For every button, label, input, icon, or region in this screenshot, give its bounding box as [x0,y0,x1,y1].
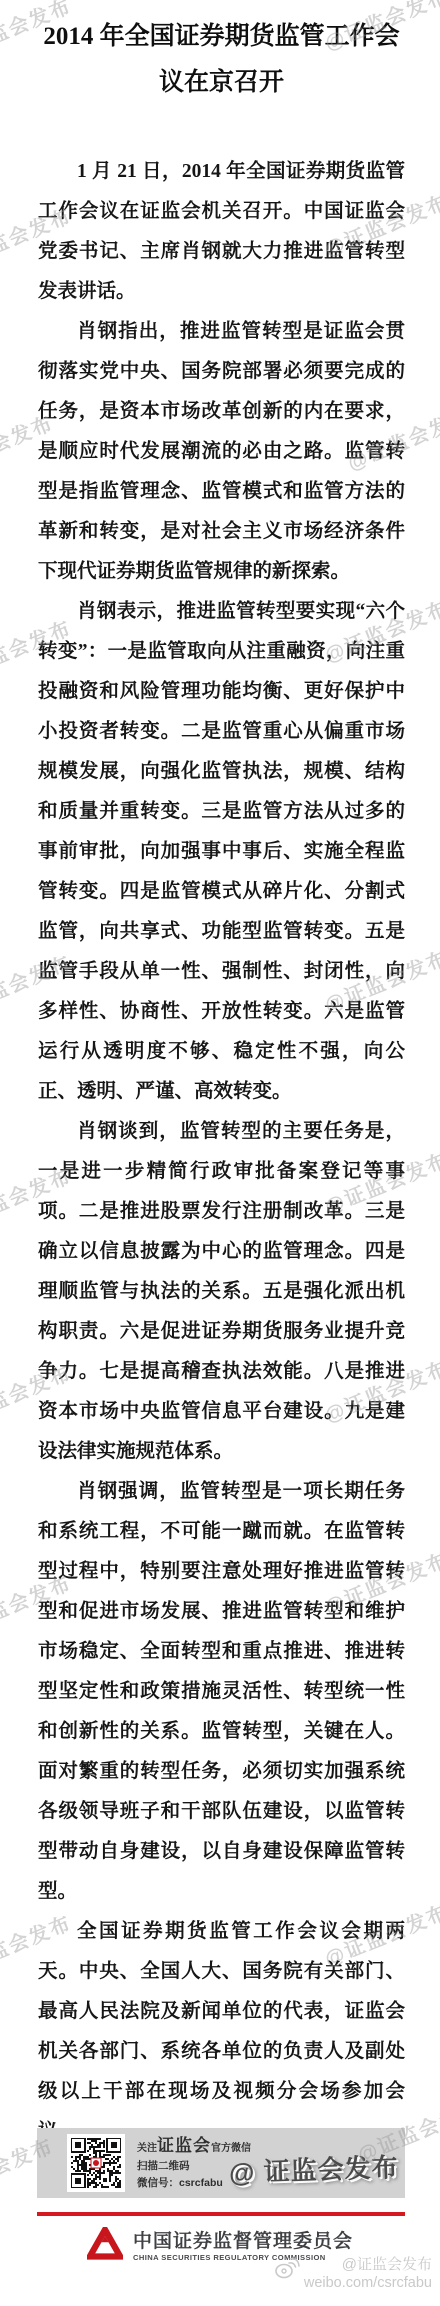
weibo-icon [274,2257,300,2284]
paragraph: 1 月 21 日，2014 年全国证券期货监管工作会议在证监会机关召开。中国证监… [38,152,405,312]
weibo-handle-large: @ 证监会发布 [229,2147,400,2190]
paragraph: 肖钢指出，推进监管转型是证监会贯彻落实党中央、国务院部署必须要完成的任务，是资本… [38,312,405,592]
paragraph: 肖钢表示，推进监管转型要实现“六个转变”：一是监管取向从注重融资，向注重投融资和… [38,592,405,1112]
weibo-credit-handle: @证监会发布 [304,2255,432,2274]
weibo-long-article-image: @证监会发布@证监会发布@证监会发布@证监会发布@证监会发布@证监会发布@证监会… [0,0,440,2306]
article: 2014 年全国证券期货监管工作会议在京召开 1 月 21 日，2014 年全国… [0,0,440,2152]
paragraph: 全国证券期货监管工作会议会期两天。中央、全国人大、国务院有关部门、最高人民法院及… [38,1912,405,2152]
weibo-credit-url: weibo.com/csrcfabu [304,2274,432,2293]
weibo-credit: @证监会发布 weibo.com/csrcfabu [274,2255,432,2293]
wechat-brand: 证监会 [157,2136,211,2155]
qr-code-pattern [71,2138,121,2188]
paragraph: 肖钢强调，监管转型是一项长期任务和系统工程，不可能一蹴而就。在监管转型过程中，特… [38,1472,405,1912]
article-title: 2014 年全国证券期货监管工作会议在京召开 [38,14,405,106]
weibo-credit-text: @证监会发布 weibo.com/csrcfabu [304,2255,432,2293]
csrc-logo-icon [87,2227,123,2266]
wechat-banner: 关注证监会官方微信 扫描二维码 微信号：csrcfabu @ 证监会发布 [37,2128,405,2198]
article-body: 1 月 21 日，2014 年全国证券期货监管工作会议在证监会机关召开。中国证监… [38,152,405,2152]
red-divider [37,2212,405,2216]
paragraph: 肖钢谈到，监管转型的主要任务是，一是进一步精简行政审批备案登记等事项。二是推进股… [38,1112,405,1472]
csrc-name-cn: 中国证券监督管理委员会 [133,2231,353,2253]
qr-code [67,2134,125,2192]
